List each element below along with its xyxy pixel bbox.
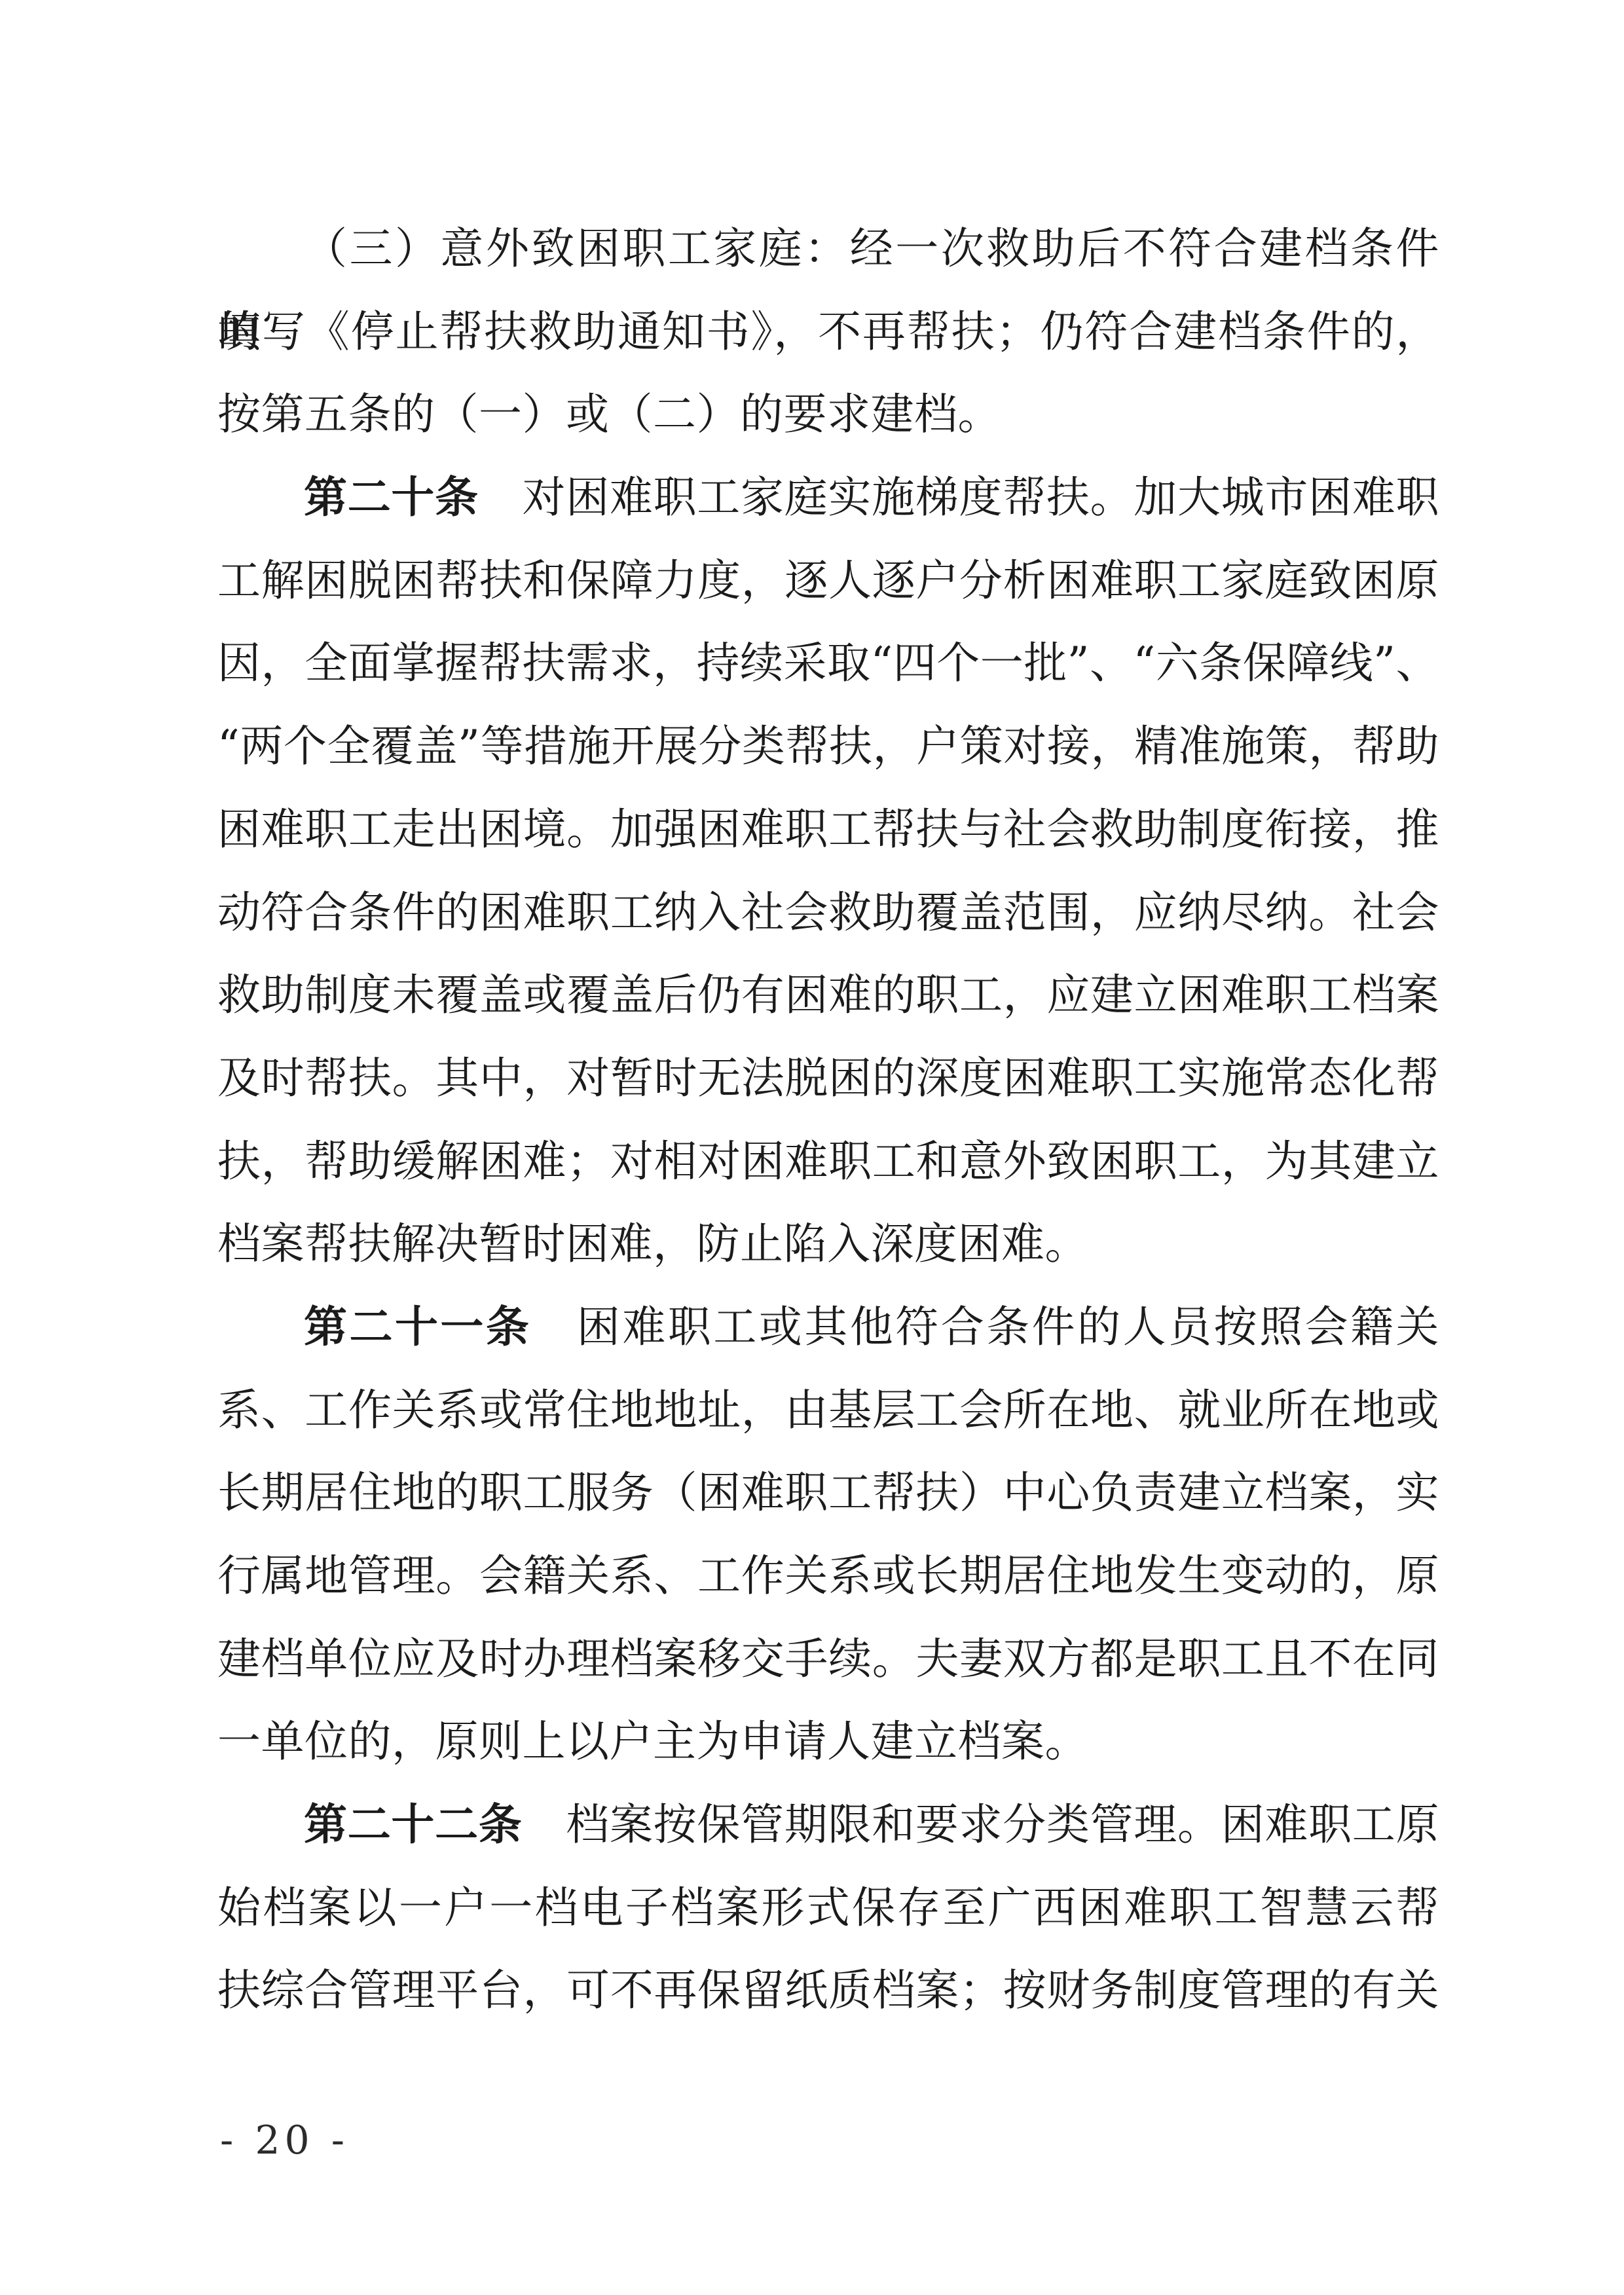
text-line: 建档单位应及时办理档案移交手续。夫妻双方都是职工且不在同 — [217, 1618, 1439, 1701]
page-number: - 20 - — [220, 2119, 349, 2162]
body-text: 按第五条的（一）或（二）的要求建档。 — [217, 389, 1001, 439]
body-text: 行属地管理。会籍关系、工作关系或长期居住地发生变动的，原 — [217, 1551, 1439, 1601]
text-line: 一单位的，原则上以户主为申请人建立档案。 — [217, 1700, 1439, 1784]
body-text: 系、工作关系或常住地地址，由基层工会所在地、就业所在地或 — [217, 1385, 1439, 1435]
document-page: （三）意外致困职工家庭：经一次救助后不符合建档条件的，填写《停止帮扶救助通知书》… — [0, 0, 1624, 2295]
text-line: 行属地管理。会籍关系、工作关系或长期居住地发生变动的，原 — [217, 1535, 1439, 1618]
body-text: 档案按保管期限和要求分类管理。困难职工原 — [523, 1799, 1440, 1850]
body-text: 长期居住地的职工服务（困难职工帮扶）中心负责建立档案，实 — [217, 1467, 1439, 1518]
article-number: 第二十条 — [304, 472, 479, 523]
body-text: 因，全面掌握帮扶需求，持续采取“四个一批”、“六条保障线”、 — [217, 638, 1439, 688]
text-line: 扶，帮助缓解困难；对相对困难职工和意外致困职工，为其建立 — [217, 1120, 1439, 1203]
article-number: 第二十二条 — [304, 1799, 523, 1850]
text-line: （三）意外致困职工家庭：经一次救助后不符合建档条件的， — [217, 208, 1439, 291]
text-line: 扶综合管理平台，可不再保留纸质档案；按财务制度管理的有关 — [217, 1949, 1439, 2032]
text-line: 及时帮扶。其中，对暂时无法脱困的深度困难职工实施常态化帮 — [217, 1037, 1439, 1120]
document-body: （三）意外致困职工家庭：经一次救助后不符合建档条件的，填写《停止帮扶救助通知书》… — [217, 208, 1439, 2032]
text-line: 档案帮扶解决暂时困难，防止陷入深度困难。 — [217, 1203, 1439, 1286]
text-line: 系、工作关系或常住地地址，由基层工会所在地、就业所在地或 — [217, 1369, 1439, 1452]
text-line: 第二十条 对困难职工家庭实施梯度帮扶。加大城市困难职 — [217, 456, 1439, 540]
body-text: 动符合条件的困难职工纳入社会救助覆盖范围，应纳尽纳。社会 — [217, 887, 1439, 938]
text-line: 困难职工走出困境。加强困难职工帮扶与社会救助制度衔接，推 — [217, 788, 1439, 872]
body-text: 对困难职工家庭实施梯度帮扶。加大城市困难职 — [479, 472, 1439, 523]
text-line: 始档案以一户一档电子档案形式保存至广西困难职工智慧云帮 — [217, 1867, 1439, 1950]
text-line: 第二十二条 档案按保管期限和要求分类管理。困难职工原 — [217, 1784, 1439, 1867]
body-text: 建档单位应及时办理档案移交手续。夫妻双方都是职工且不在同 — [217, 1634, 1439, 1684]
body-text: 始档案以一户一档电子档案形式保存至广西困难职工智慧云帮 — [217, 1882, 1439, 1933]
body-text: 扶，帮助缓解困难；对相对困难职工和意外致困职工，为其建立 — [217, 1136, 1439, 1186]
body-text: 困难职工走出困境。加强困难职工帮扶与社会救助制度衔接，推 — [217, 804, 1439, 854]
body-text: 档案帮扶解决暂时困难，防止陷入深度困难。 — [217, 1219, 1088, 1269]
text-line: 救助制度未覆盖或覆盖后仍有困难的职工，应建立困难职工档案 — [217, 954, 1439, 1037]
text-line: 填写《停止帮扶救助通知书》，不再帮扶；仍符合建档条件的， — [217, 291, 1439, 374]
body-text: 一单位的，原则上以户主为申请人建立档案。 — [217, 1716, 1088, 1767]
text-line: 动符合条件的困难职工纳入社会救助覆盖范围，应纳尽纳。社会 — [217, 872, 1439, 955]
body-text: “两个全覆盖”等措施开展分类帮扶，户策对接，精准施策，帮助 — [217, 721, 1439, 771]
text-line: “两个全覆盖”等措施开展分类帮扶，户策对接，精准施策，帮助 — [217, 705, 1439, 788]
body-text: 困难职工或其他符合条件的人员按照会籍关 — [531, 1302, 1439, 1352]
text-line: 第二十一条 困难职工或其他符合条件的人员按照会籍关 — [217, 1286, 1439, 1369]
text-line: 因，全面掌握帮扶需求，持续采取“四个一批”、“六条保障线”、 — [217, 622, 1439, 705]
text-line: 按第五条的（一）或（二）的要求建档。 — [217, 373, 1439, 456]
body-text: 及时帮扶。其中，对暂时无法脱困的深度困难职工实施常态化帮 — [217, 1053, 1439, 1103]
body-text: 救助制度未覆盖或覆盖后仍有困难的职工，应建立困难职工档案 — [217, 970, 1439, 1020]
text-line: 工解困脱困帮扶和保障力度，逐人逐户分析困难职工家庭致困原 — [217, 540, 1439, 623]
body-text: 扶综合管理平台，可不再保留纸质档案；按财务制度管理的有关 — [217, 1965, 1439, 2015]
article-number: 第二十一条 — [304, 1302, 531, 1352]
body-text: 填写《停止帮扶救助通知书》，不再帮扶；仍符合建档条件的， — [217, 306, 1439, 357]
body-text: 工解困脱困帮扶和保障力度，逐人逐户分析困难职工家庭致困原 — [217, 555, 1439, 606]
text-line: 长期居住地的职工服务（困难职工帮扶）中心负责建立档案，实 — [217, 1452, 1439, 1535]
